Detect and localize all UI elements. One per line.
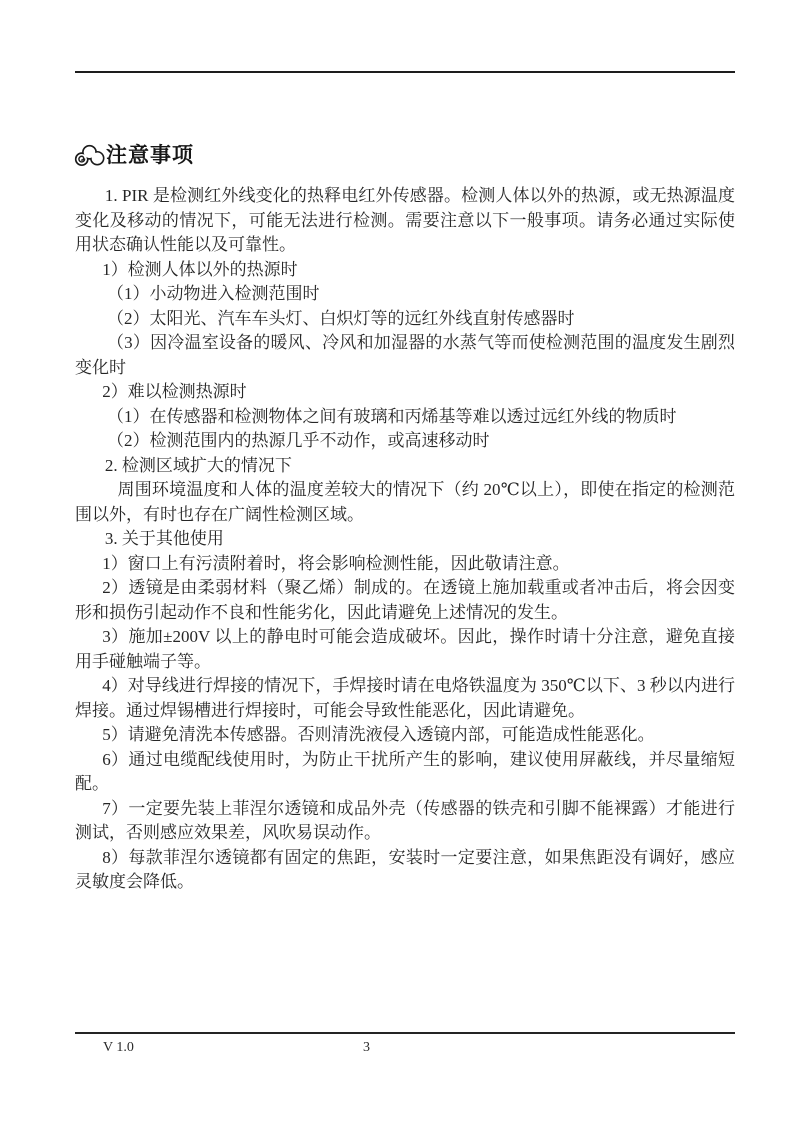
footer-version-label: V 1.0 [103, 1040, 134, 1056]
paragraph-list: 1）检测人体以外的热源时 [75, 258, 735, 283]
header-rule [75, 71, 735, 73]
paragraph-heading: 2. 检测区域扩大的情况下 [75, 454, 735, 479]
paragraph-subitem: （1）在传感器和检测物体之间有玻璃和丙烯基等难以透过远红外线的物质时 [75, 405, 735, 430]
paragraph-list: 5）请避免清洗本传感器。否则清洗液侵入透镜内部，可能造成性能恶化。 [75, 723, 735, 748]
paragraph-list: 2）难以检测热源时 [75, 380, 735, 405]
document-body: 1. PIR 是检测红外线变化的热释电红外传感器。检测人体以外的热源，或无热源温… [75, 184, 735, 895]
footer-page-number: 3 [363, 1040, 370, 1056]
paragraph-list: 6）通过电缆配线使用时，为防止干扰所产生的影响，建议使用屏蔽线，并尽量缩短配。 [75, 748, 735, 797]
paragraph-list: 1）窗口上有污渍附着时，将会影响检测性能，因此敬请注意。 [75, 552, 735, 577]
paragraph-subitem: （1）小动物进入检测范围时 [75, 282, 735, 307]
paragraph-list: 7）一定要先装上菲涅尔透镜和成品外壳（传感器的铁壳和引脚不能裸露）才能进行测试，… [75, 797, 735, 846]
cloud-icon [74, 142, 105, 168]
paragraph-list: 8）每款菲涅尔透镜都有固定的焦距，安装时一定要注意，如果焦距没有调好，感应灵敏度… [75, 846, 735, 895]
document-page: 注意事项 1. PIR 是检测红外线变化的热释电红外传感器。检测人体以外的热源，… [0, 0, 800, 1131]
paragraph-subitem: （2）检测范围内的热源几乎不动作，或高速移动时 [75, 429, 735, 454]
paragraph-heading: 3. 关于其他使用 [75, 527, 735, 552]
page-title: 注意事项 [106, 142, 194, 168]
footer-rule [75, 1032, 735, 1034]
paragraph-list: 4）对导线进行焊接的情况下，手焊接时请在电烙铁温度为 350℃以下、3 秒以内进… [75, 674, 735, 723]
section-title-row: 注意事项 [74, 142, 194, 168]
paragraph-list: 2）透镜是由柔弱材料（聚乙烯）制成的。在透镜上施加载重或者冲击后，将会因变形和损… [75, 576, 735, 625]
paragraph-list: 3）施加±200V 以上的静电时可能会造成破坏。因此，操作时请十分注意，避免直接… [75, 625, 735, 674]
paragraph-body: 周围环境温度和人体的温度差较大的情况下（约 20℃以上），即使在指定的检测范围以… [75, 478, 735, 527]
paragraph-intro: 1. PIR 是检测红外线变化的热释电红外传感器。检测人体以外的热源，或无热源温… [75, 184, 735, 258]
paragraph-subitem: （2）太阳光、汽车车头灯、白炽灯等的远红外线直射传感器时 [75, 307, 735, 332]
paragraph-subitem: （3）因冷温室设备的暖风、冷风和加湿器的水蒸气等而使检测范围的温度发生剧烈变化时 [75, 331, 735, 380]
